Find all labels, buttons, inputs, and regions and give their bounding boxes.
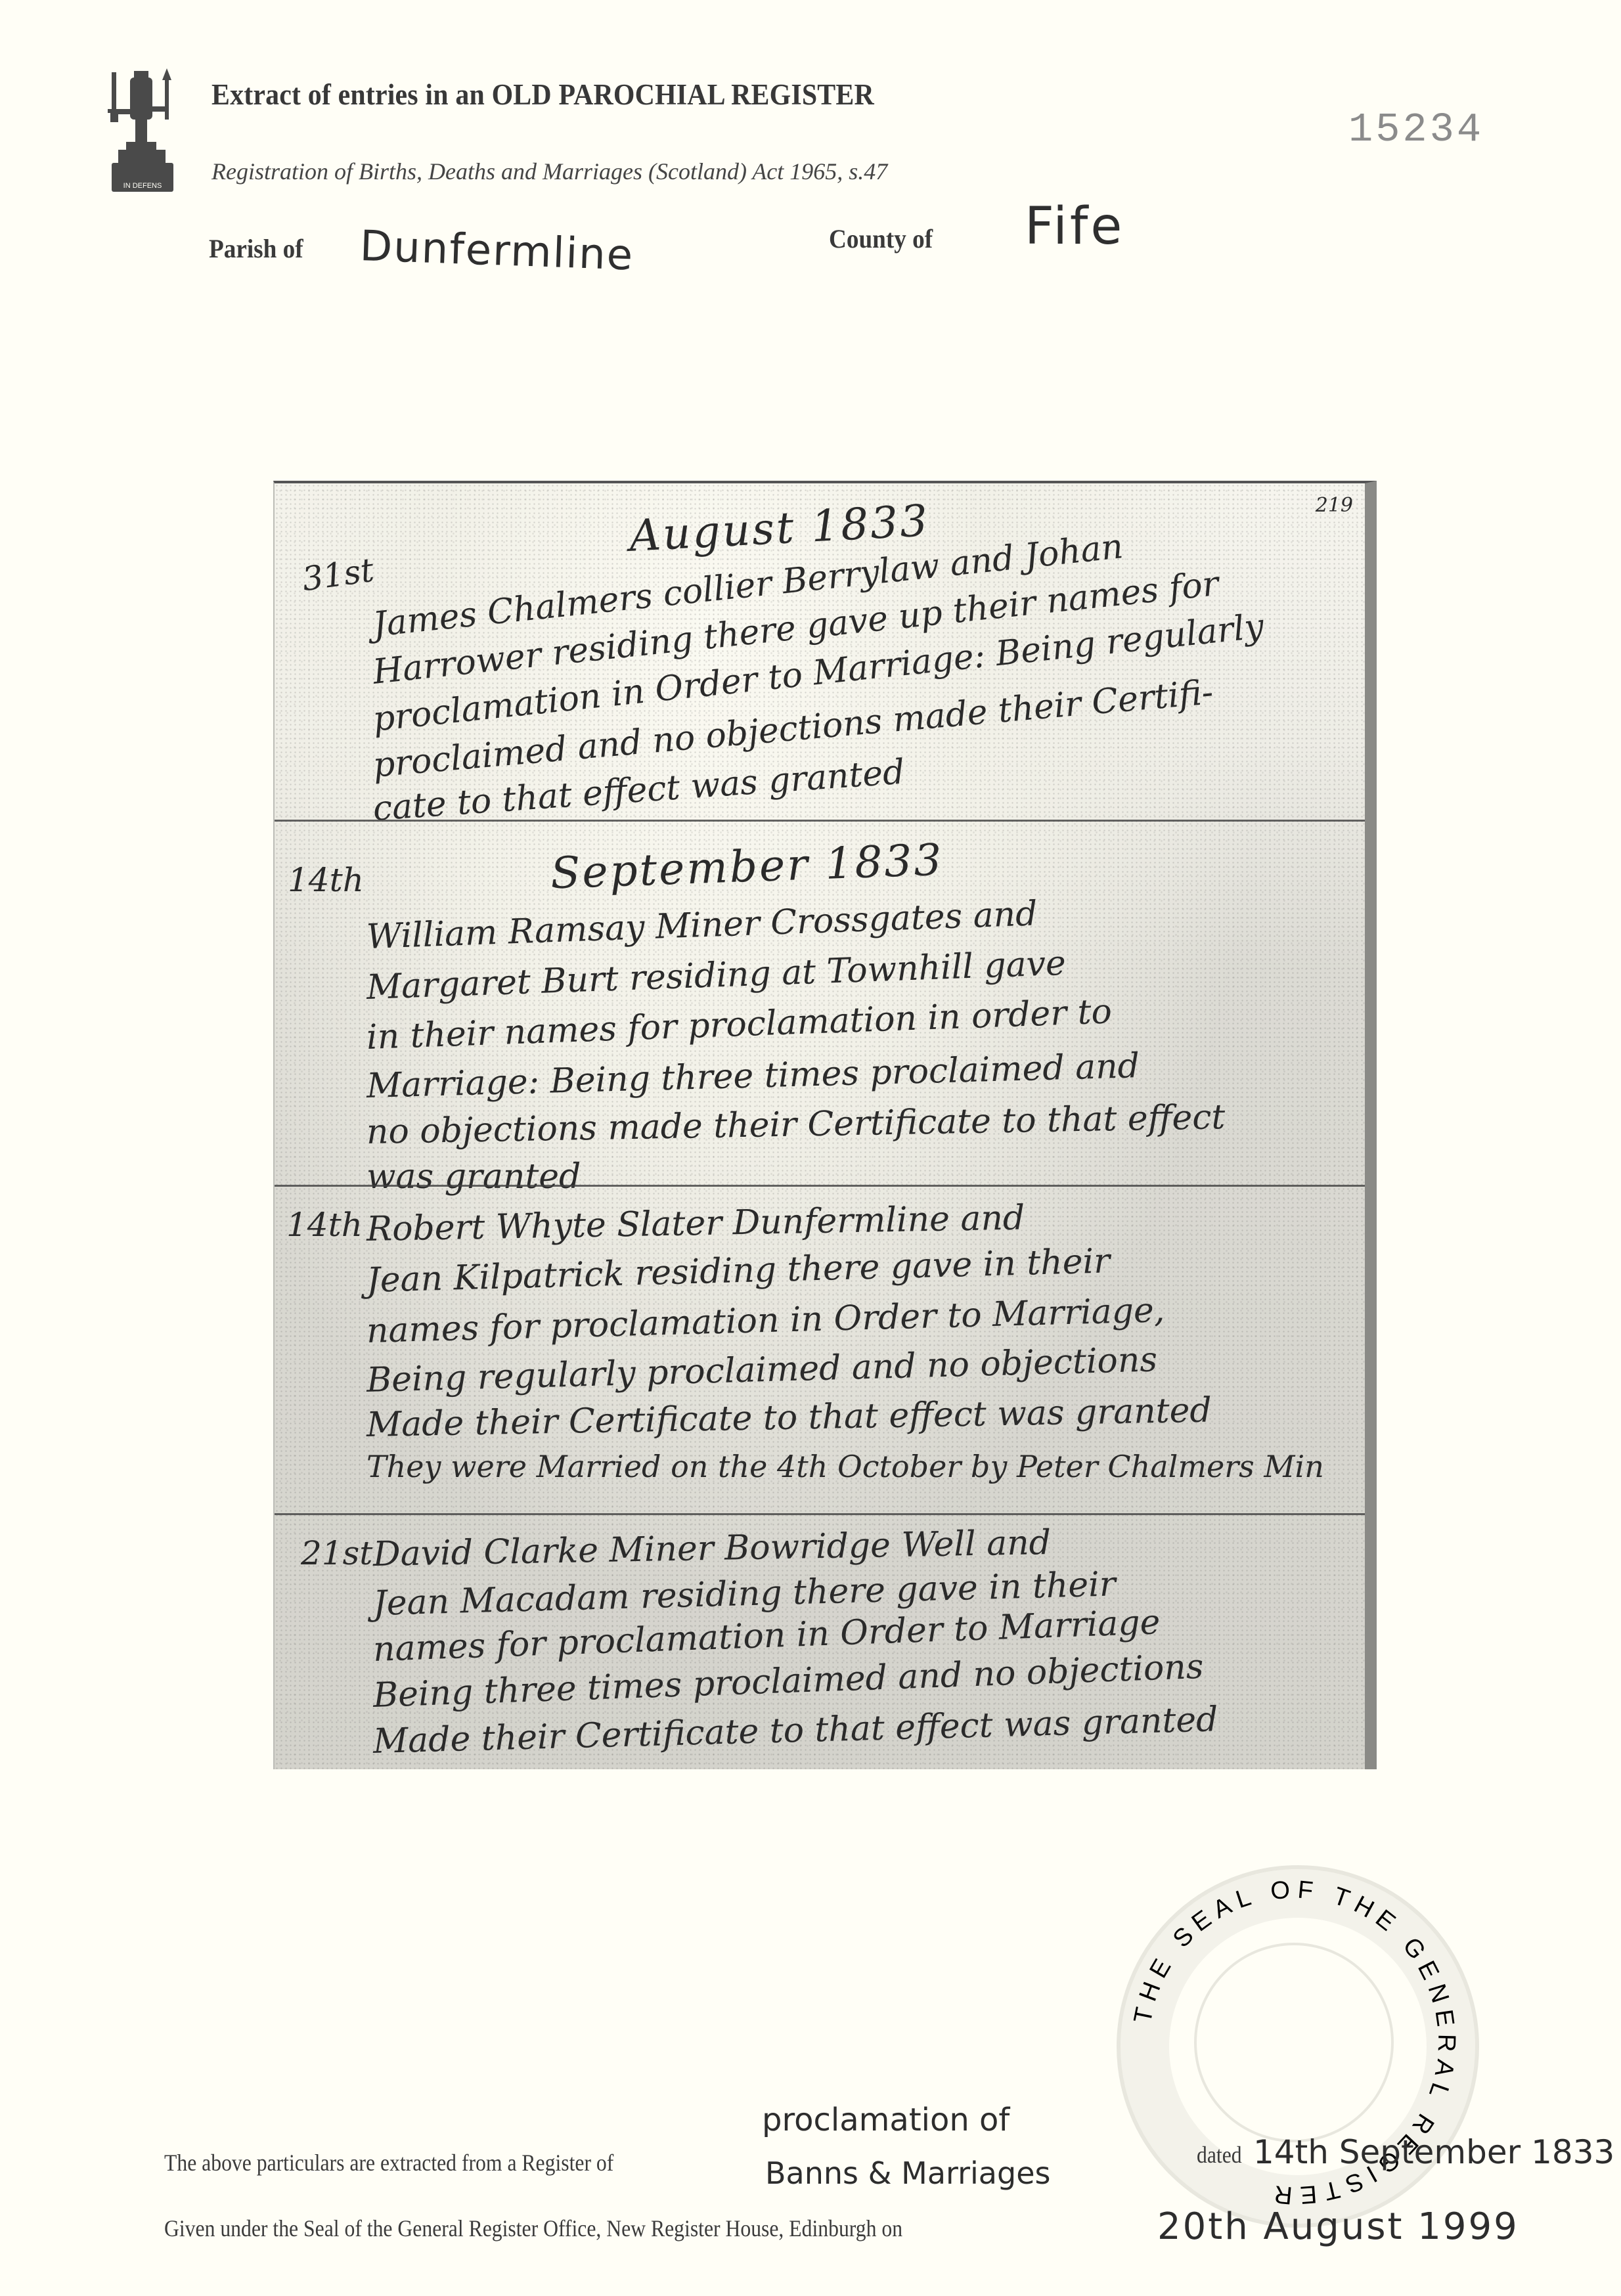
entry-line: Jean Kilpatrick residing there gave in t… [366, 1244, 1110, 1298]
entry-day: 14th [288, 861, 364, 899]
register-type-line1: proclamation of [762, 2102, 1010, 2138]
entry-line: Robert Whyte Slater Dunfermline and [366, 1201, 1025, 1247]
entry-line: in their names for proclamation in order… [366, 994, 1113, 1055]
entry-day: 31st [300, 551, 376, 599]
entry-day: 14th [286, 1206, 363, 1244]
act-reference: Registration of Births, Deaths and Marri… [211, 158, 887, 185]
given-date-value: 20th August 1999 [1157, 2205, 1519, 2248]
parish-value: Dunfermline [359, 222, 635, 280]
given-under-label: Given under the Seal of the General Regi… [164, 2215, 902, 2242]
entry-divider [275, 820, 1365, 822]
dated-value: 14th September 1833 [1253, 2133, 1614, 2171]
serial-number: 15234 [1348, 106, 1484, 153]
register-page-number: 219 [1316, 494, 1353, 517]
county-value: Fife [1025, 197, 1124, 256]
register-page-scan: 219 August 1833 31st James Chalmers coll… [273, 481, 1377, 1769]
entry-line: names for proclamation in Order to Marri… [366, 1293, 1165, 1348]
extracted-from-label: The above particulars are extracted from… [164, 2149, 613, 2176]
parish-label: Parish of [209, 233, 303, 264]
crest-motto: IN DEFENS [123, 182, 162, 190]
entry-line: was granted [366, 1160, 581, 1194]
embossed-seal-icon: THE SEAL OF THE GENERAL REGISTER [1117, 1865, 1479, 2228]
register-type-line2: Banns & Marriages [765, 2155, 1050, 2191]
entry-line: Made their Certificate to that effect wa… [366, 1394, 1212, 1442]
entry-line: Marriage: Being three times proclaimed a… [366, 1049, 1140, 1103]
entry-line: Being regularly proclaimed and no object… [366, 1342, 1157, 1398]
scottish-royal-crest-icon: IN DEFENS [106, 66, 179, 194]
month-heading: September 1833 [550, 835, 944, 899]
entry-line: William Ramsay Miner Crossgates and [366, 896, 1038, 954]
county-label: County of [829, 223, 933, 254]
entry-day: 21st [301, 1534, 372, 1572]
dated-label: dated [1197, 2141, 1242, 2169]
document-title: Extract of entries in an OLD PAROCHIAL R… [211, 77, 874, 112]
entry-line: They were Married on the 4th October by … [366, 1451, 1324, 1482]
entry-line: Margaret Burt residing at Townhill gave [366, 946, 1067, 1005]
entry-line: David Clarke Miner Bowridge Well and [373, 1526, 1052, 1572]
entry-divider [275, 1185, 1365, 1187]
entry-line: no objections made their Certificate to … [366, 1100, 1226, 1149]
entry-divider [275, 1513, 1365, 1515]
